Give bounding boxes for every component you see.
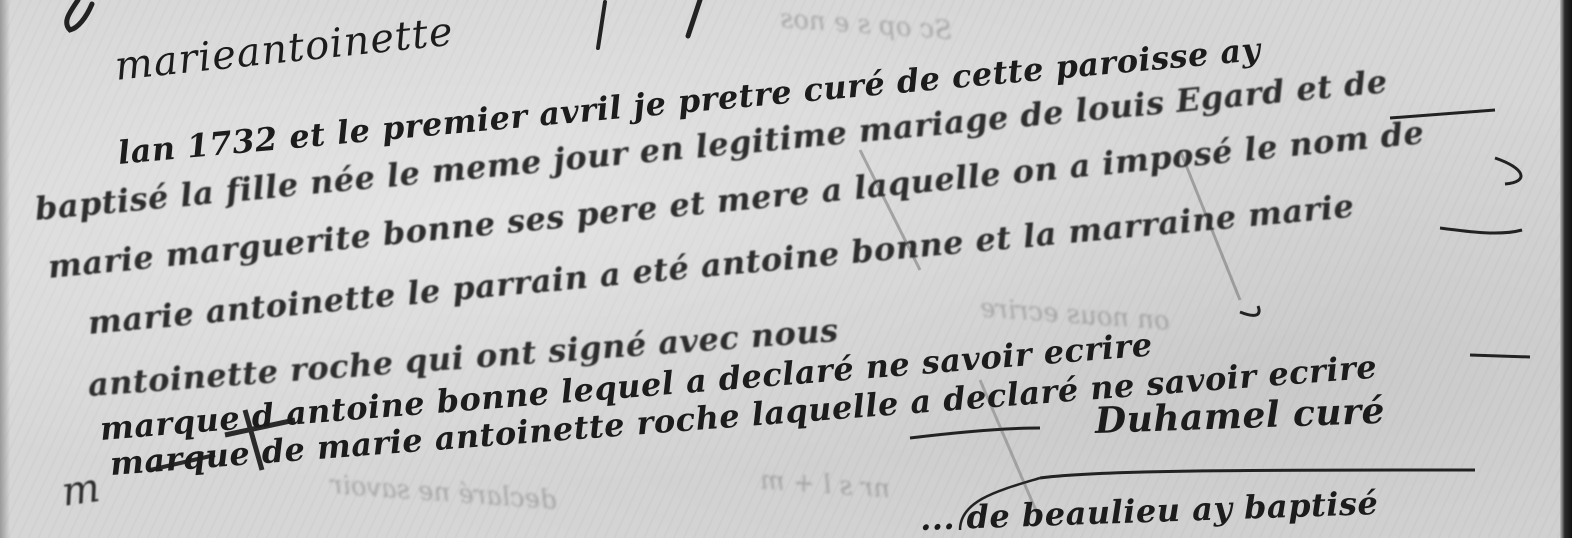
- priest-signature: Duhamel curé: [1094, 390, 1385, 442]
- margin-heading-name: marieantoinette: [113, 9, 456, 90]
- page-binding-edge: [1560, 0, 1572, 538]
- margin-mark: m: [59, 465, 104, 516]
- next-entry-fragment: ... de beaulieu ay baptisé: [919, 484, 1379, 538]
- bleed-through-text: nr s l + m: [759, 465, 891, 504]
- scanned-register-page: Sc op s e nos on nous ecrire declaré ne …: [0, 0, 1572, 538]
- bleed-through-text: declaré ne savoir: [329, 470, 557, 516]
- bleed-through-text: Sc op s e nos: [779, 4, 953, 46]
- page-left-edge: [0, 0, 10, 538]
